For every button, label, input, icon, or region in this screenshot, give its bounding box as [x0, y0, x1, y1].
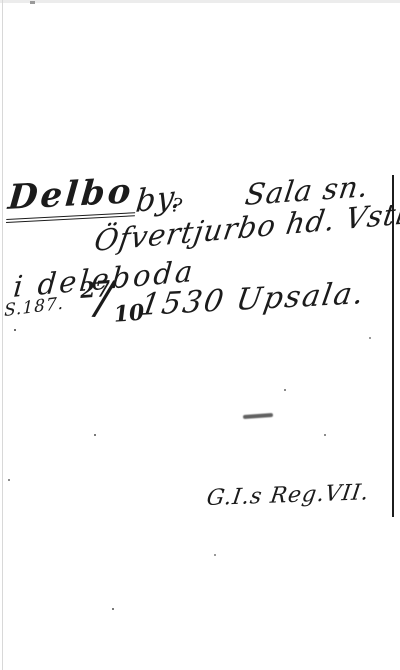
date-separator: / [95, 270, 114, 325]
source-reference: G.I.s Reg.VII. [205, 480, 371, 511]
scan-edge-left [2, 0, 3, 670]
headword-place-name: Delbo [6, 171, 139, 223]
query-mark: ? [170, 194, 184, 217]
scan-artifact-dot [30, 1, 35, 4]
scan-edge-top [0, 0, 400, 3]
paper-specks [14, 329, 16, 331]
index-card: Delbo by. ? Sala sn. Öfvertjurbo hd. Vst… [0, 0, 400, 670]
date-fraction: 27 / 10 [77, 274, 143, 334]
ink-smudge [243, 413, 273, 419]
